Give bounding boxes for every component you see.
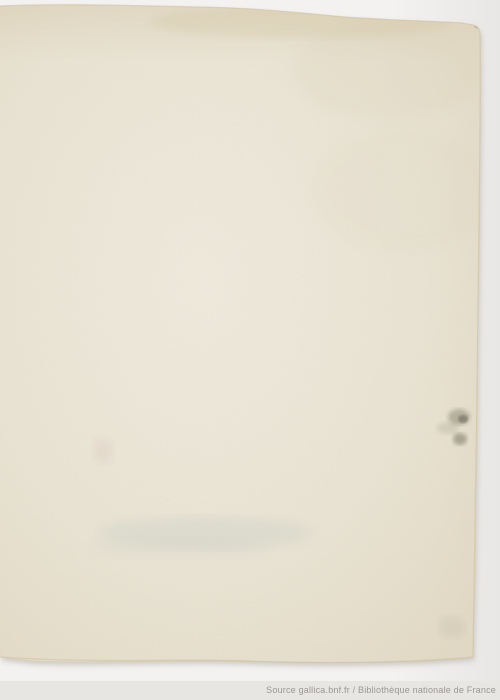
- parchment-grain-texture: [0, 0, 500, 700]
- scan-viewport: Source gallica.bnf.fr / Bibliothèque nat…: [0, 0, 500, 700]
- page-surface-details: [0, 0, 500, 700]
- source-attribution-bar: Source gallica.bnf.fr / Bibliothèque nat…: [0, 681, 500, 700]
- source-attribution-text: Source gallica.bnf.fr / Bibliothèque nat…: [266, 681, 496, 700]
- manuscript-page-scan: [0, 0, 500, 700]
